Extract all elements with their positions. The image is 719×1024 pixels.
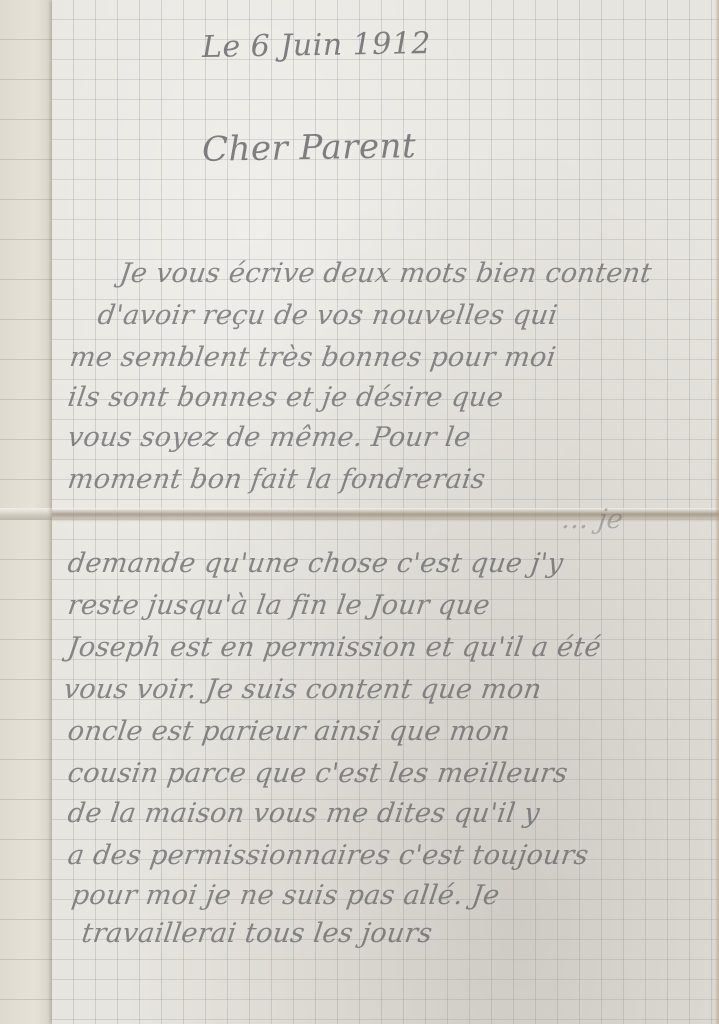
back-sheet-crease [0,508,56,520]
letter-line: ils sont bonnes et je désire que [66,382,506,413]
letter-line: … je [560,504,625,535]
letter-line: Joseph est en permission et qu'il a été [66,632,603,663]
letter-photo: Le 6 Juin 1912 Cher Parent Je vous écriv… [0,0,719,1024]
letter-line: moment bon fait la fondrerais [66,464,488,495]
letter-sheet: Le 6 Juin 1912 Cher Parent Je vous écriv… [52,0,719,1024]
letter-line: demande qu'une chose c'est que j'y [66,548,565,579]
letter-line: d'avoir reçu de vos nouvelles qui [96,300,560,331]
back-sheet [0,0,56,1024]
letter-line: reste jusqu'à la fin le Jour que [66,590,492,621]
letter-line: pour moi je ne suis pas allé. Je [70,880,502,911]
letter-line: travaillerai tous les jours [80,918,435,949]
letter-line: Je vous écrive deux mots bien content [118,258,654,289]
letter-line: vous voir. Je suis content que mon [62,674,544,705]
letter-line: oncle est parieur ainsi que mon [66,716,512,747]
letter-line: a des permissionnaires c'est toujours [66,840,591,871]
letter-line: me semblent très bonnes pour moi [68,342,558,373]
letter-line: de la maison vous me dites qu'il y [66,798,542,829]
letter-line: cousin parce que c'est les meilleurs [66,758,570,789]
sheet-edge [715,0,719,1024]
letter-salutation: Cher Parent [202,126,417,170]
letter-line: vous soyez de même. Pour le [66,422,473,453]
letter-date: Le 6 Juin 1912 [202,26,432,65]
